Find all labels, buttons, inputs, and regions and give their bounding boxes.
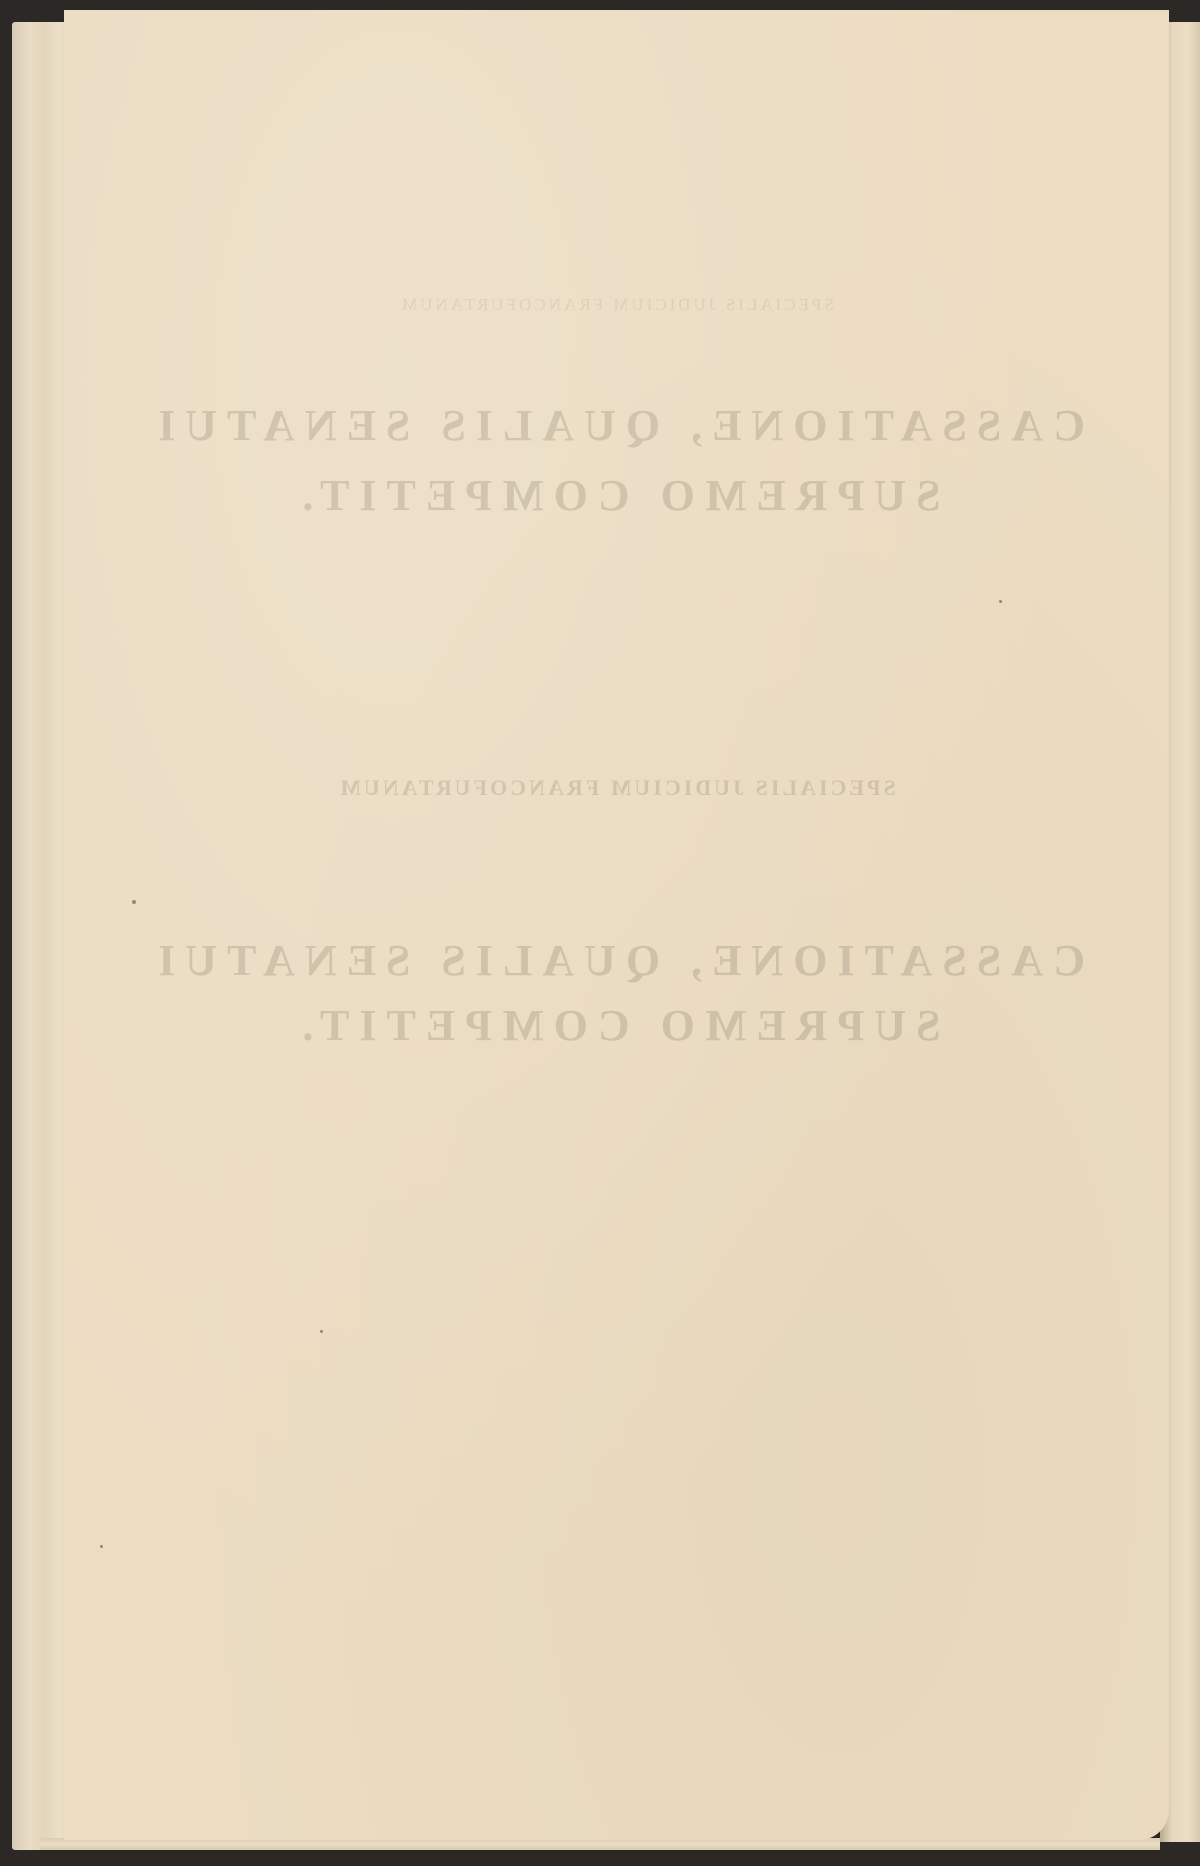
paper-speck xyxy=(132,900,136,904)
show-through-header: SPECIALIS JUDICIUM FRANCOFURTANUM xyxy=(64,295,1169,315)
paper-speck xyxy=(320,1330,323,1333)
show-through-subtitle: SPECIALIS JUDICIUM FRANCOFURTANUM xyxy=(64,775,1169,801)
show-through-heading-line-2: SUPREMO COMPETIT. xyxy=(64,1000,1169,1051)
show-through-title-line-2: SUPREMO COMPETIT. xyxy=(64,470,1169,521)
show-through-title-line-1: CASSATIONE, QUALIS SENATUI xyxy=(64,400,1169,451)
show-through-heading-line-1: CASSATIONE, QUALIS SENATUI xyxy=(64,935,1169,986)
page-stack-left-edge xyxy=(12,22,72,1850)
book-page: SPECIALIS JUDICIUM FRANCOFURTANUM CASSAT… xyxy=(64,10,1169,1840)
paper-speck xyxy=(100,1545,103,1548)
paper-speck xyxy=(999,600,1002,603)
